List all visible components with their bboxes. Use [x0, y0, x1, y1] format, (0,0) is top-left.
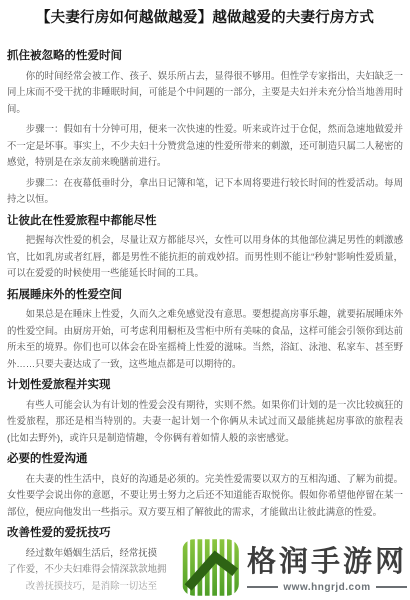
section-heading: 计划性爱旅程并实现: [7, 377, 403, 394]
section-heading: 抓住被忽略的性爱时间: [7, 48, 403, 65]
site-url-row: www.hngrjd.com: [247, 582, 407, 593]
section-heading: 拓展睡床外的性爱空间: [7, 287, 403, 304]
paragraph: 有些人可能会认为有计划的性爱会没有期待，实则不然。如果你们计划的是一次比较疯狂的…: [7, 397, 403, 447]
paragraph: 步骤一：假如有十分钟可用，便来一次快速的性爱。听来或许过于仓促，然而急速地做爱并…: [7, 121, 403, 171]
article: 【夫妻行房如何越做越爱】越做越爱的夫妻行房方式 抓住被忽略的性爱时间你的时间经常…: [0, 0, 410, 594]
paragraph: 步骤二：在夜幕低垂时分，拿出日记簿和笔，记下本周将要进行较长时间的性爱活动。每周…: [7, 175, 403, 208]
paragraph: 你的时间经常会被工作、孩子、娱乐所占去，显得很不够用。但性学专家指出，夫妇缺乏一…: [7, 68, 403, 118]
sections: 抓住被忽略的性爱时间你的时间经常会被工作、孩子、娱乐所占去，显得很不够用。但性学…: [7, 48, 403, 594]
site-name: 格润手游网: [247, 543, 407, 581]
paragraph: 在夫妻的性生活中，良好的沟通是必须的。完美性爱需要以双方的互相沟通、了解为前提。…: [7, 471, 403, 521]
section-heading: 必要的性爱沟通: [7, 451, 403, 468]
site-url: www.hngrjd.com: [283, 582, 370, 593]
site-watermark: 格润手游网 www.hngrjd.com: [176, 535, 410, 600]
paragraph: 把握每次性爱的机会，尽量让双方都能尽兴，女性可以用身体的其他部位满足男性的刺激感…: [7, 232, 403, 282]
site-logo-icon: [181, 538, 240, 597]
paragraph: 如果总是在睡床上性爱，久而久之难免感觉没有意思。要想提高房事乐趣，就要拓展睡床外…: [7, 306, 403, 372]
url-divider-left: [247, 586, 278, 588]
section-heading: 让彼此在性爱旅程中都能尽性: [7, 213, 403, 230]
page-title: 【夫妻行房如何越做越爱】越做越爱的夫妻行房方式: [7, 8, 403, 28]
url-divider-right: [376, 586, 407, 588]
